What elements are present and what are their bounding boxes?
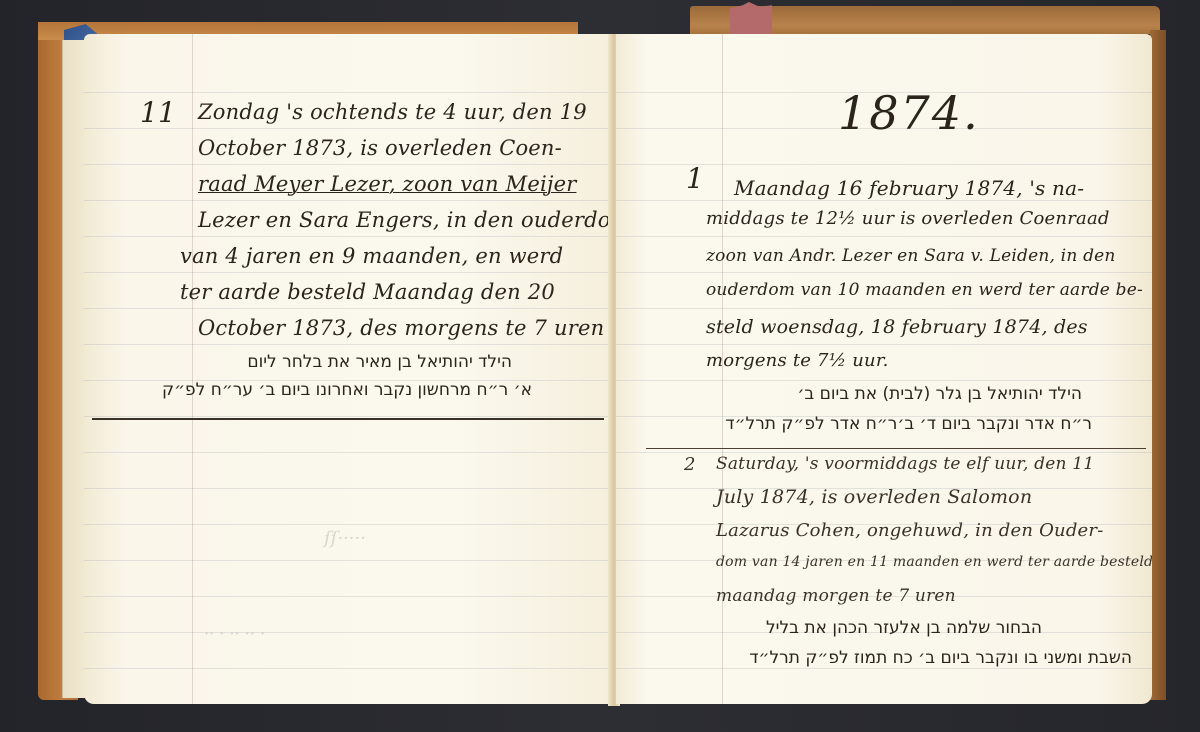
entry-line: Lazarus Cohen, ongehuwd, in den Ouder- [716,520,1103,541]
entry-line: ouderdom van 10 maanden en werd ter aard… [706,280,1143,300]
entry-line: van 4 jaren en 9 maanden, en werd [180,244,563,268]
entry-line: July 1874, is overleden Salomon [716,486,1032,508]
entry-line: Saturday, 's voormiddags te elf uur, den… [716,454,1094,474]
entry-line: steld woensdag, 18 february 1874, des [706,316,1088,338]
entry-line: Maandag 16 february 1874, 's na- [734,176,1084,200]
hebrew-line: הילד יהותיאל בן מאיר את בלחר ליום [247,352,512,372]
hebrew-line: הילד יהותיאל בן גלר (לבית) את ביום ב׳ [797,384,1082,404]
entry-line: ter aarde besteld Maandag den 20 [180,280,555,304]
entry-line: middags te 12½ uur is overleden Coenraad [706,208,1110,229]
entry-line: October 1873, is overleden Coen- [198,136,562,160]
year-heading: 1874. [838,86,980,140]
entry-line: Lezer en Sara Engers, in den ouderdom [198,208,612,232]
entry-number: 2 [684,454,696,475]
entry-line: October 1873, des morgens te 7 uren uur. [198,316,612,340]
hebrew-line: השבת ומשני בו ונקבר ביום ב׳ כח תמוז לפ״ק… [749,648,1132,668]
hebrew-line: א׳ ר״ח מרחשון נקבר ואחרונו ביום ב׳ ער״ח … [162,380,532,400]
hebrew-line: הבחור שלמה בן אלעזר הכהן את בליל [766,618,1042,638]
entry-line: morgens te 7½ uur. [706,350,889,371]
right-page: 1874. 1 Maandag 16 february 1874, 's na-… [616,34,1152,704]
entry-line: maandag morgen te 7 uren [716,586,956,606]
entry-line: raad Meyer Lezer, zoon van Meijer [198,172,576,196]
back-cover-edge [1150,30,1166,700]
entry-number: 1 [686,162,704,195]
entry-divider [646,448,1146,449]
bleed-through-text: ·· · ·· ·· · [204,624,265,643]
left-page: 11 Zondag 's ochtends te 4 uur, den 19 O… [84,34,612,704]
entry-line: dom van 14 jaren en 11 maanden en werd t… [716,554,1152,570]
hebrew-line: ר״ח אדר ונקבר ביום ד׳ ב׳ר״ח אדר לפ״ק תרל… [725,414,1092,434]
entry-divider [92,418,604,420]
entry-line: zoon van Andr. Lezer en Sara v. Leiden, … [706,246,1116,266]
bleed-through-text: ſſ····· [324,528,366,549]
entry-number: 11 [140,96,176,129]
entry-line: Zondag 's ochtends te 4 uur, den 19 [198,100,587,124]
